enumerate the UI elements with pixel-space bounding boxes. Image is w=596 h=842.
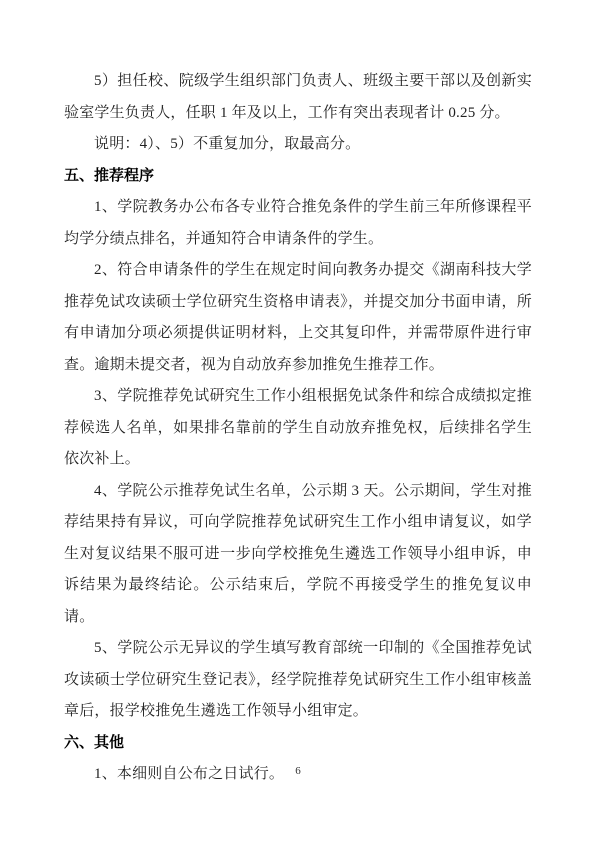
paragraph: 5）担任校、院级学生组织部门负责人、班级主要干部以及创新实验室学生负责人，任职 … — [64, 66, 532, 129]
paragraph: 1、学院教务办公布各专业符合推免条件的学生前三年所修课程平均学分绩点排名，并通知… — [64, 192, 532, 255]
paragraph: 说明：4）、5）不重复加分，取最高分。 — [64, 129, 532, 161]
page-number: 6 — [0, 765, 596, 777]
paragraph: 2、符合申请条件的学生在规定时间向教务办提交《湖南科技大学推荐免试攻读硕士学位研… — [64, 255, 532, 381]
paragraph: 5、学院公示无异议的学生填写教育部统一印制的《全国推荐免试攻读硕士学位研究生登记… — [64, 633, 532, 728]
section-heading: 五、推荐程序 — [64, 161, 532, 193]
paragraph: 4、学院公示推荐免试生名单，公示期 3 天。公示期间，学生对推荐结果持有异议，可… — [64, 476, 532, 634]
document-body: 5）担任校、院级学生组织部门负责人、班级主要干部以及创新实验室学生负责人，任职 … — [64, 66, 532, 791]
section-heading: 六、其他 — [64, 728, 532, 760]
document-page: 5）担任校、院级学生组织部门负责人、班级主要干部以及创新实验室学生负责人，任职 … — [0, 0, 596, 842]
paragraph: 3、学院推荐免试研究生工作小组根据免试条件和综合成绩拟定推荐候选人名单，如果排名… — [64, 381, 532, 476]
